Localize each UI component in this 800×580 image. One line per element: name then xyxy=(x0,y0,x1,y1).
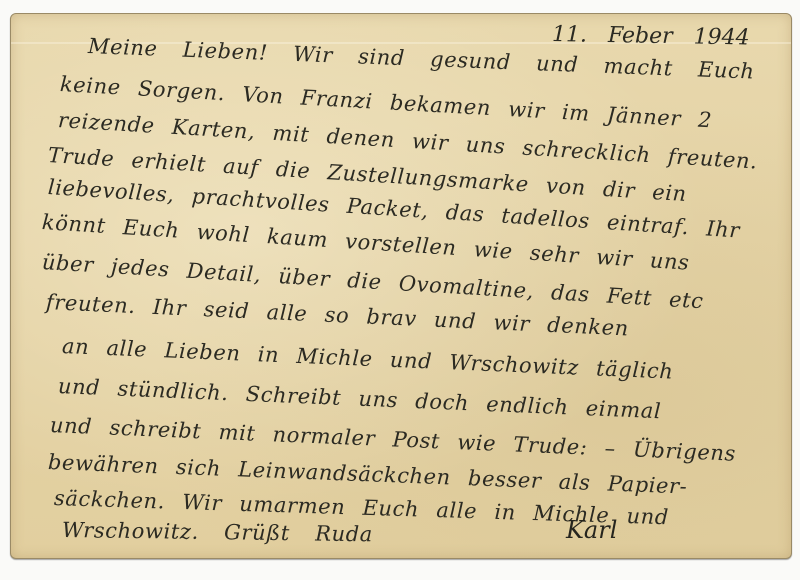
letter-line-14: Wrschowitz. Grüßt Ruda xyxy=(62,518,373,546)
signature-karl: Karl xyxy=(566,516,617,544)
letter-date: 11. Feber 1944 xyxy=(552,22,750,50)
